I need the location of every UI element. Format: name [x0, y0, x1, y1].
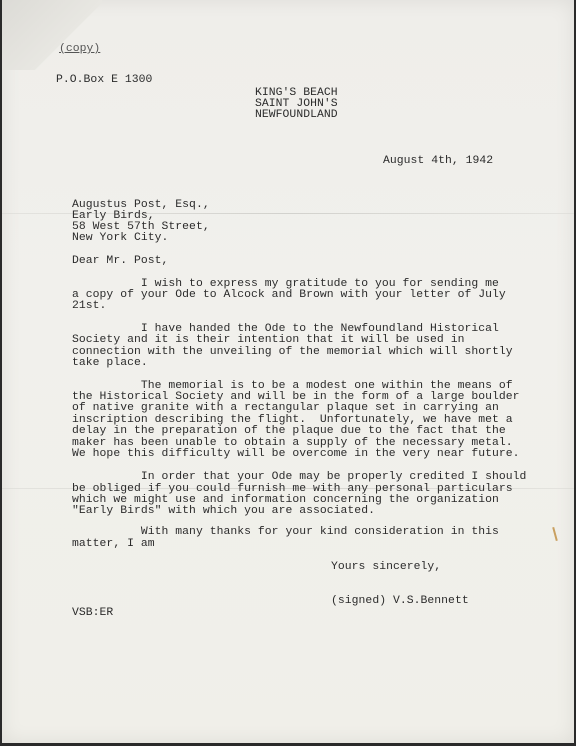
signature: (signed) V.S.Bennett — [331, 596, 469, 608]
salutation: Dear Mr. Post, — [72, 256, 168, 268]
paragraph-line: 21st. — [72, 301, 106, 313]
paragraph-line: a copy of your Ode to Alcock and Brown w… — [72, 290, 506, 302]
paragraph-line: "Early Birds" with which you are associa… — [72, 506, 375, 518]
closing: Yours sincerely, — [331, 562, 441, 574]
po-box: P.O.Box E 1300 — [56, 75, 152, 87]
ink-mark — [552, 527, 558, 541]
paragraph-line: matter, I am — [72, 539, 155, 551]
paragraph-line: take place. — [72, 358, 148, 370]
letter-page: (copy) P.O.Box E 1300 KING'S BEACH SAINT… — [2, 0, 574, 743]
paragraph-line: With many thanks for your kind considera… — [72, 527, 499, 539]
paragraph-line: We hope this difficulty will be overcome… — [72, 449, 520, 461]
sender-address-line: NEWFOUNDLAND — [255, 110, 338, 122]
paragraph-line: In order that your Ode may be properly c… — [72, 472, 526, 484]
paragraph-line: Society and it is their intention that i… — [72, 335, 464, 347]
copy-mark: (copy) — [59, 44, 100, 56]
folded-corner — [2, 0, 102, 70]
reference-initials: VSB:ER — [72, 608, 113, 620]
paragraph-line: delay in the preparation of the plaque d… — [72, 426, 506, 438]
recipient-line: New York City. — [72, 233, 168, 245]
letter-date: August 4th, 1942 — [383, 156, 493, 168]
paragraph-line: of native granite with a rectangular pla… — [72, 403, 499, 415]
